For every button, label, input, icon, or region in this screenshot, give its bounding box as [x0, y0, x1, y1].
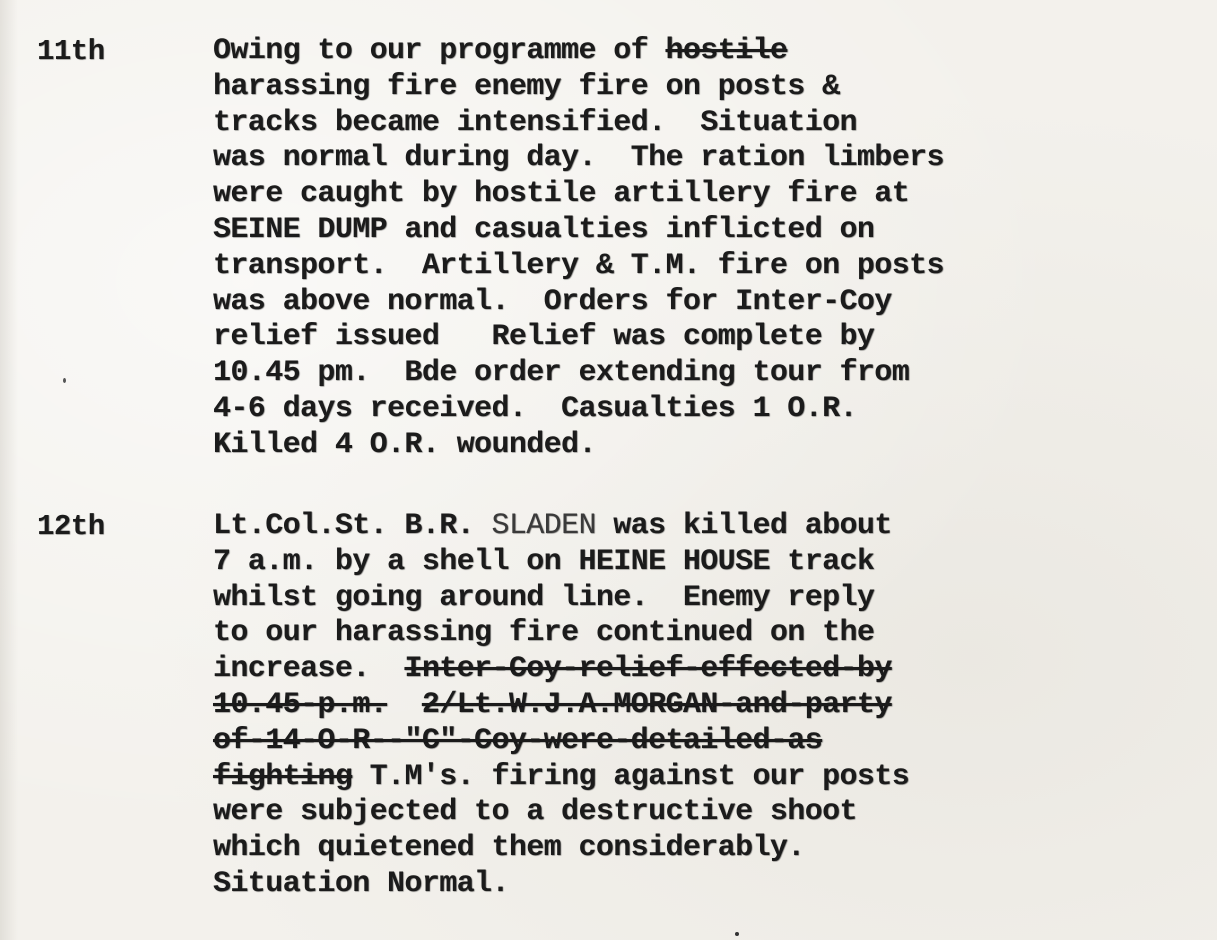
text-line: was above normal. Orders for Inter-Coy [213, 285, 944, 321]
text-segment: 7 a.m. by a shell on HEINE HOUSE track [213, 545, 874, 579]
text-segment: were subjected to a destructive shoot [213, 795, 857, 829]
entry-text: Lt.Col.St. B.R. SLADEN was killed about7… [213, 509, 909, 903]
page-edge-shadow [0, 0, 18, 940]
struck-text: 2/Lt.W.J.A.MORGAN-and-party [422, 688, 892, 722]
text-line: whilst going around line. Enemy reply [213, 581, 909, 617]
text-line: harassing fire enemy fire on posts & [213, 70, 944, 106]
text-segment: 10.45 pm. Bde order extending tour from [213, 356, 909, 390]
text-line: tracks became intensified. Situation [213, 106, 944, 142]
text-segment: Situation Normal. [213, 867, 509, 901]
text-segment: relief issued Relief was complete by [213, 320, 874, 354]
text-segment: Lt.Col.St. B.R. [213, 509, 491, 543]
paper-speck [63, 378, 66, 383]
text-line: Killed 4 O.R. wounded. [213, 428, 944, 464]
faint-text: SLADEN [491, 509, 595, 543]
text-line: were caught by hostile artillery fire at [213, 177, 944, 213]
text-line: was normal during day. The ration limber… [213, 141, 944, 177]
text-segment: Killed 4 O.R. wounded. [213, 428, 596, 462]
text-segment: was normal during day. The ration limber… [213, 141, 944, 175]
text-line: were subjected to a destructive shoot [213, 795, 909, 831]
struck-text: of-14-O-R--"C"-Coy-were-detailed-as [213, 724, 822, 758]
text-segment: increase. [213, 652, 404, 686]
text-line: relief issued Relief was complete by [213, 320, 944, 356]
text-segment: to our harassing fire continued on the [213, 616, 874, 650]
entry-text: Owing to our programme of hostileharassi… [213, 34, 944, 464]
text-line: Owing to our programme of hostile [213, 34, 944, 70]
text-segment: was above normal. Orders for Inter-Coy [213, 285, 892, 319]
text-line: fighting T.M's. firing against our posts [213, 760, 909, 796]
paper-mark [735, 932, 739, 936]
diary-page: 11th Owing to our programme of hostileha… [0, 0, 1217, 940]
struck-text: hostile [665, 34, 787, 68]
struck-text: 10.45-p.m. [213, 688, 387, 722]
text-segment: was killed about [596, 509, 892, 543]
struck-text: fighting [213, 760, 352, 794]
entry-date: 11th [37, 34, 105, 70]
text-segment: Owing to our programme of [213, 34, 665, 68]
text-line: increase. Inter-Coy-relief-effected-by [213, 652, 909, 688]
text-line: transport. Artillery & T.M. fire on post… [213, 249, 944, 285]
text-line: of-14-O-R--"C"-Coy-were-detailed-as [213, 724, 909, 760]
text-line: to our harassing fire continued on the [213, 616, 909, 652]
text-line: SEINE DUMP and casualties inflicted on [213, 213, 944, 249]
text-segment: whilst going around line. Enemy reply [213, 581, 874, 615]
text-line: 10.45 pm. Bde order extending tour from [213, 356, 944, 392]
text-segment: were caught by hostile artillery fire at [213, 177, 909, 211]
text-segment: T.M's. firing against our posts [352, 760, 909, 794]
text-segment: which quietened them considerably. [213, 831, 805, 865]
text-line: which quietened them considerably. [213, 831, 909, 867]
text-segment: 4-6 days received. Casualties 1 O.R. [213, 392, 857, 426]
text-line: 7 a.m. by a shell on HEINE HOUSE track [213, 545, 909, 581]
text-line: Situation Normal. [213, 867, 909, 903]
text-segment: transport. Artillery & T.M. fire on post… [213, 249, 944, 283]
entry-date: 12th [37, 509, 105, 545]
struck-text: Inter-Coy-relief-effected-by [404, 652, 891, 686]
text-line: 4-6 days received. Casualties 1 O.R. [213, 392, 944, 428]
text-line: 10.45-p.m. 2/Lt.W.J.A.MORGAN-and-party [213, 688, 909, 724]
text-segment [387, 688, 422, 722]
text-segment: tracks became intensified. Situation [213, 106, 857, 140]
text-segment: SEINE DUMP and casualties inflicted on [213, 213, 874, 247]
text-segment: harassing fire enemy fire on posts & [213, 70, 840, 104]
text-line: Lt.Col.St. B.R. SLADEN was killed about [213, 509, 909, 545]
